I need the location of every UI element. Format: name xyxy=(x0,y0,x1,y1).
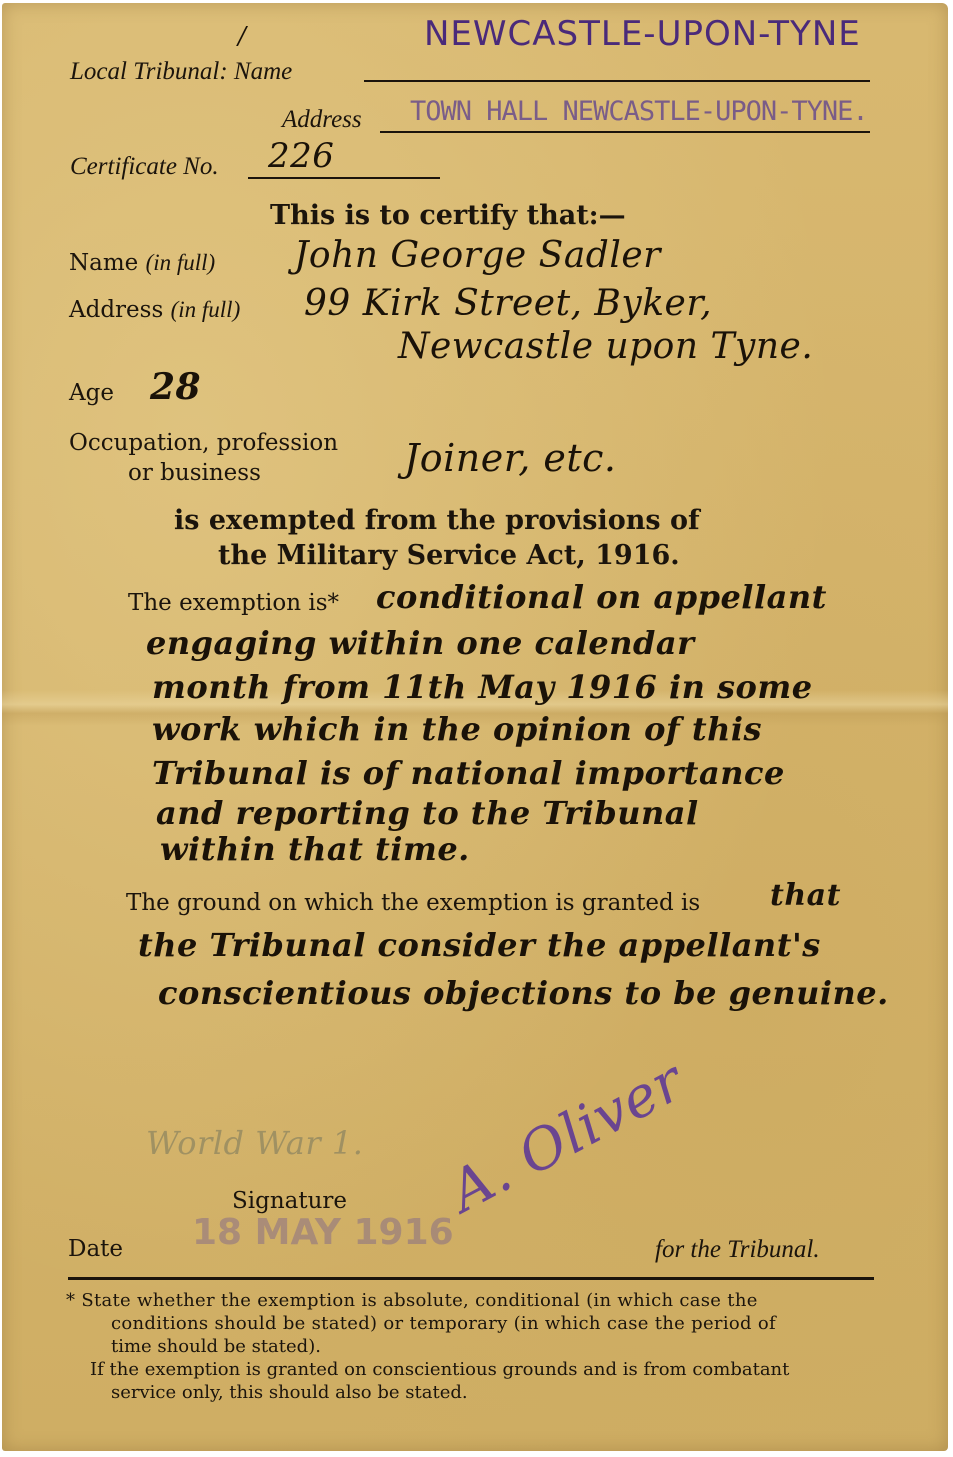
address-stamp: TOWN HALL NEWCASTLE-UPON-TYNE. xyxy=(410,96,868,127)
ground-line: the Tribunal consider the appellant's xyxy=(138,926,821,964)
exemption-condition-line: within that time. xyxy=(160,830,470,868)
city-stamp: NEWCASTLE-UPON-TYNE xyxy=(424,14,861,54)
address-label: Address (in full) xyxy=(69,297,240,323)
pencil-note: World War 1. xyxy=(146,1124,363,1162)
name-label-italic: (in full) xyxy=(146,250,216,275)
name-value: John George Sadler xyxy=(294,235,661,276)
ground-line: that xyxy=(770,878,841,913)
exemption-condition-line: Tribunal is of national importance xyxy=(152,754,785,792)
tribunal-address-line xyxy=(380,131,870,133)
exemption-condition-line: conditional on appellant xyxy=(376,578,827,616)
address-line-2: Newcastle upon Tyne. xyxy=(398,326,813,367)
address-label-italic: (in full) xyxy=(171,297,241,322)
for-the-tribunal-label: for the Tribunal. xyxy=(655,1236,820,1264)
exemption-condition-line: engaging within one calendar xyxy=(146,624,694,662)
address-line-1: 99 Kirk Street, Byker, xyxy=(304,283,712,324)
occupation-value: Joiner, etc. xyxy=(404,436,617,480)
ground-line: conscientious objections to be genuine. xyxy=(158,974,889,1012)
exemption-type-label: The exemption is* xyxy=(128,590,339,616)
date-stamp: 18 MAY 1916 xyxy=(192,1212,454,1253)
certificate-no-line xyxy=(248,177,440,179)
signature-label: Signature xyxy=(232,1188,347,1214)
name-label: Name (in full) xyxy=(69,250,215,276)
exemption-condition-line: and reporting to the Tribunal xyxy=(156,794,699,832)
occupation-label-line-2: or business xyxy=(128,460,261,486)
footnote-line-3: time should be stated). xyxy=(111,1336,321,1357)
tribunal-name-label: Local Tribunal: Name xyxy=(70,58,292,86)
exemption-condition-line: work which in the opinion of this xyxy=(152,710,762,748)
name-label-text: Name xyxy=(69,250,138,276)
footer-divider xyxy=(68,1277,874,1280)
age-value: 28 xyxy=(150,366,201,408)
date-label: Date xyxy=(68,1236,123,1262)
exemption-statement-line-1: is exempted from the provisions of xyxy=(174,505,700,536)
footnote-line-2: conditions should be stated) or temporar… xyxy=(111,1313,776,1334)
tribunal-address-label: Address xyxy=(282,106,362,134)
age-label: Age xyxy=(69,380,114,406)
exemption-condition-line: month from 11th May 1916 in some xyxy=(152,668,813,706)
certificate-no-value: 226 xyxy=(268,136,334,176)
footnote-line-5: service only, this should also be stated… xyxy=(111,1382,468,1403)
tribunal-name-line xyxy=(364,80,870,82)
ground-label: The ground on which the exemption is gra… xyxy=(126,890,700,916)
certify-heading: This is to certify that:— xyxy=(270,200,626,231)
address-label-text: Address xyxy=(69,297,163,323)
exemption-statement-line-2: the Military Service Act, 1916. xyxy=(218,540,680,571)
footnote-line-4: If the exemption is granted on conscient… xyxy=(90,1359,789,1380)
footnote-line-1: * State whether the exemption is absolut… xyxy=(66,1290,758,1311)
occupation-label-line-1: Occupation, profession xyxy=(69,430,338,456)
tick-mark: / xyxy=(238,22,247,50)
certificate-no-label: Certificate No. xyxy=(70,153,219,181)
